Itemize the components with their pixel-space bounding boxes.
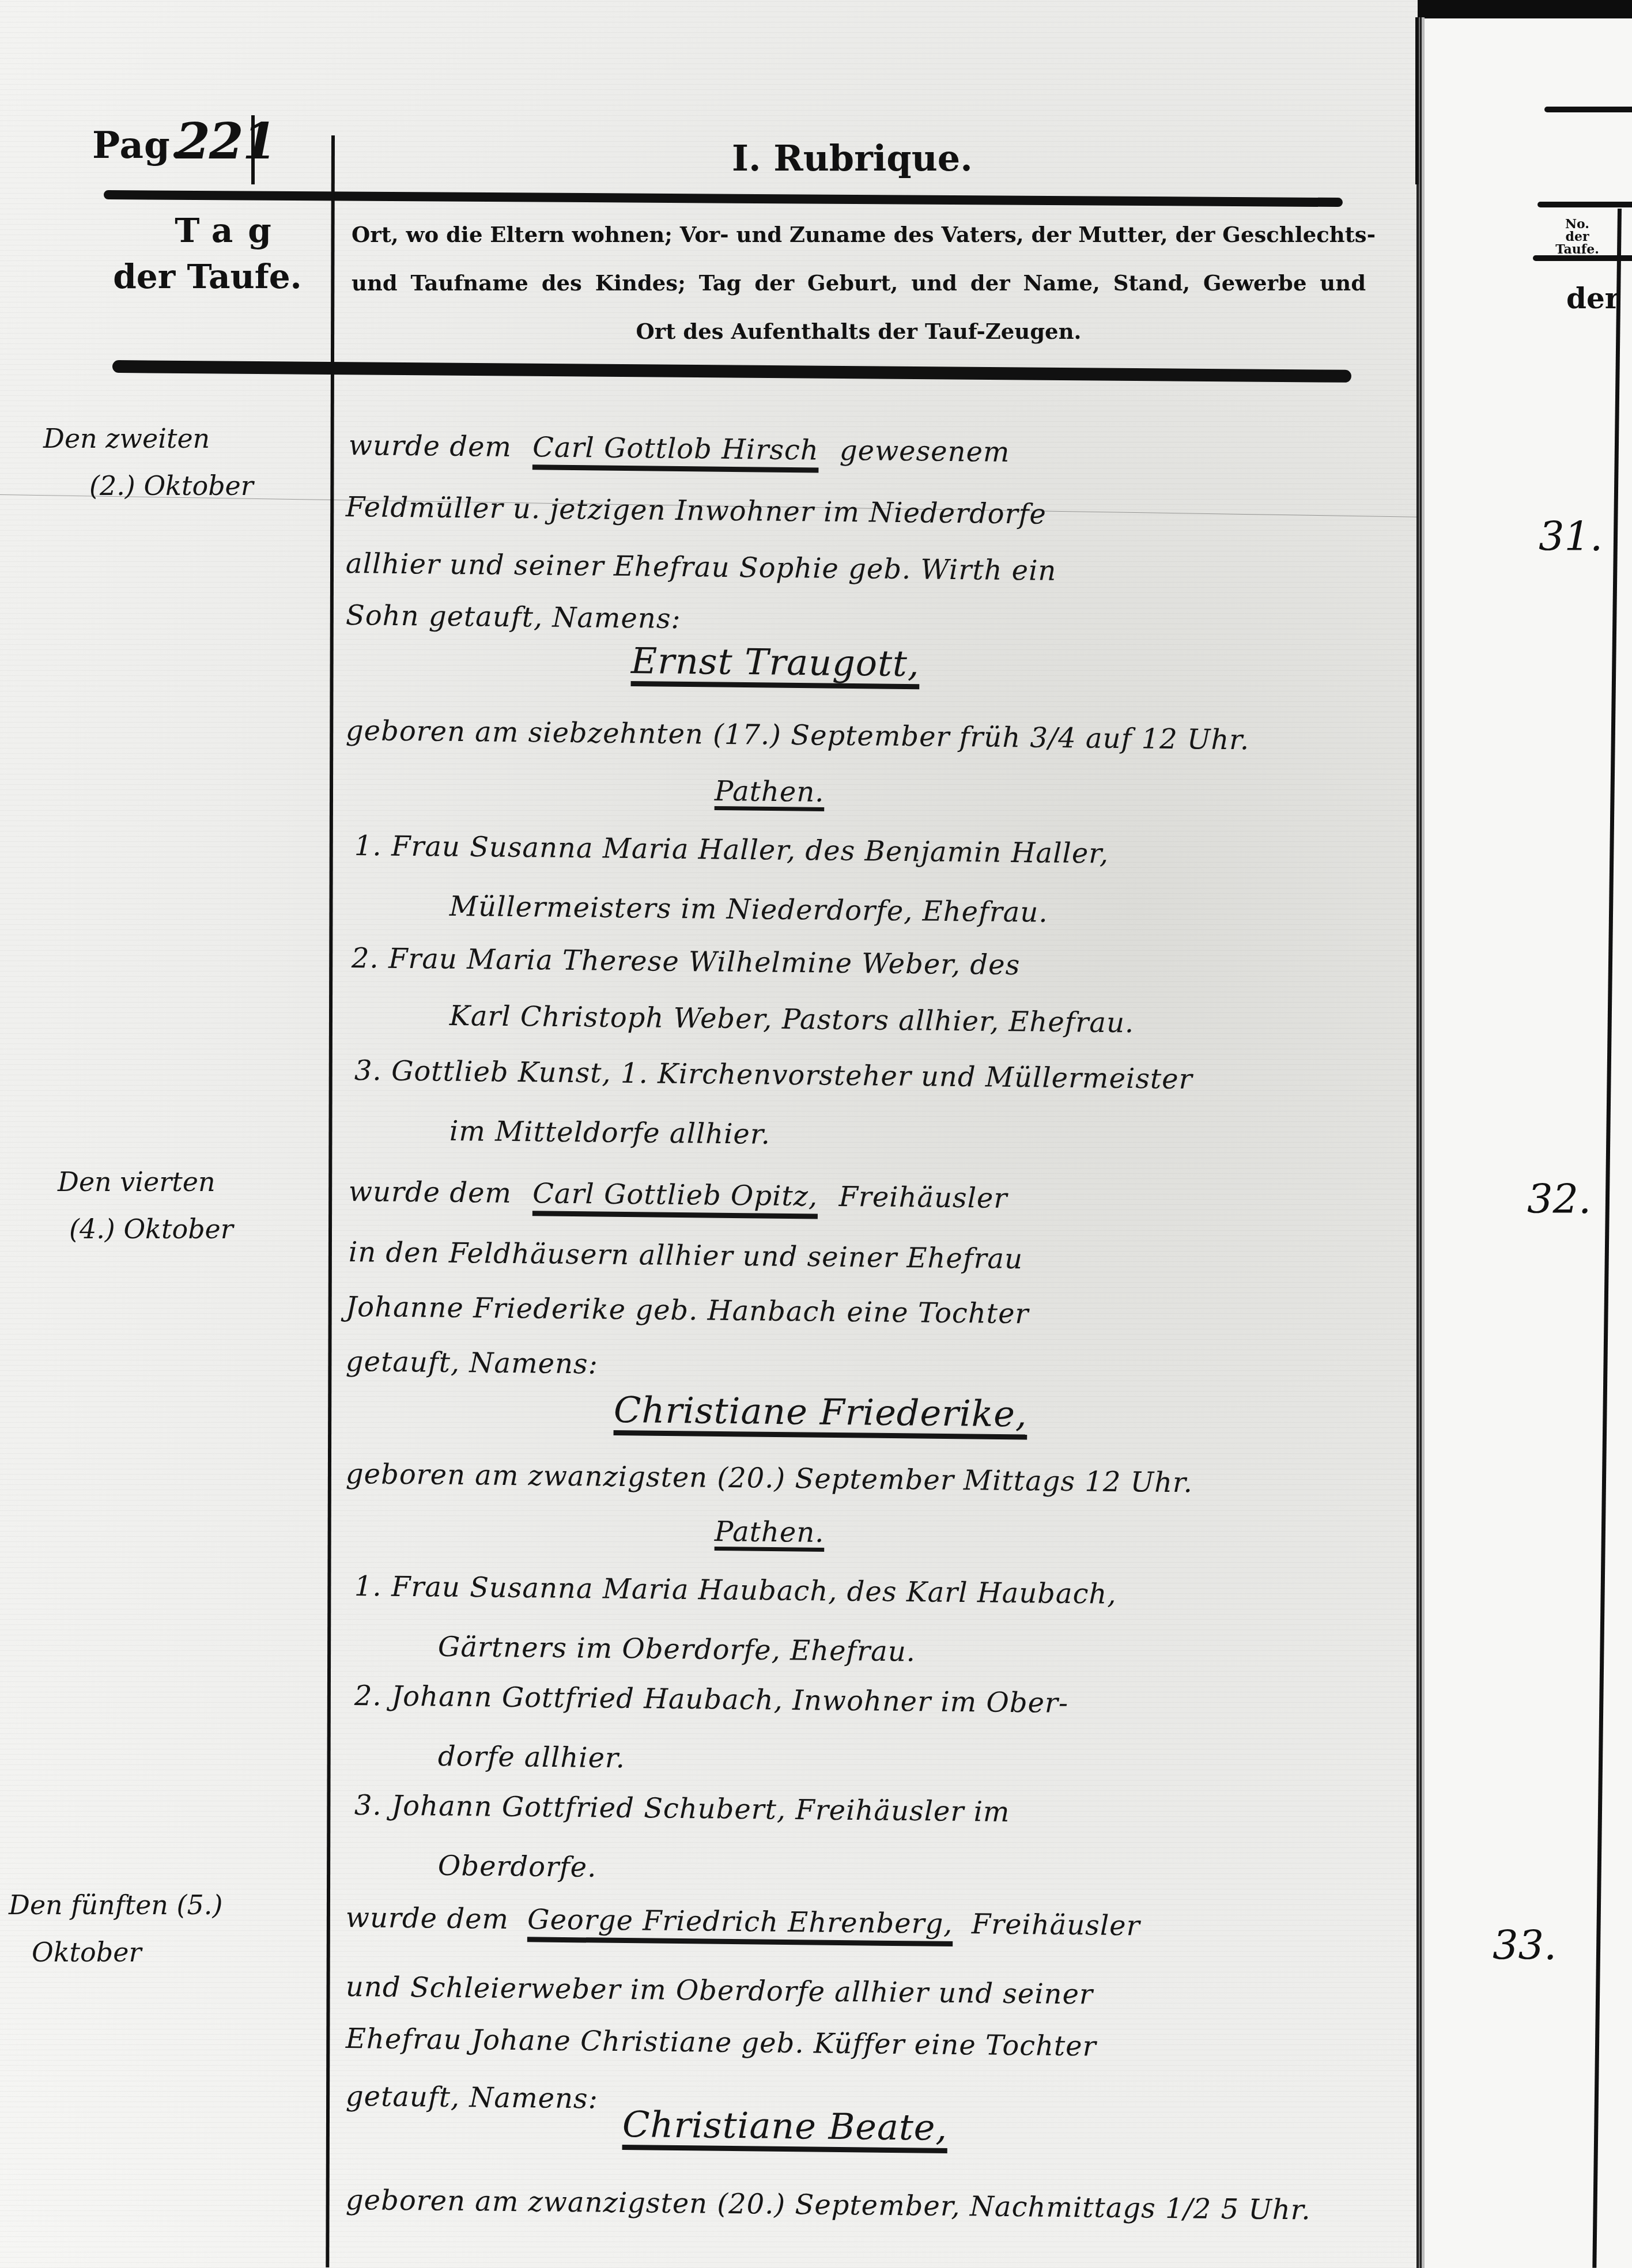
column-header-details-line1: Ort, wo die Eltern wohnen; Vor- und Zuna… <box>352 210 1366 259</box>
column-header-details-line2: und Taufname des Kindes; Tag der Geburt,… <box>352 259 1366 307</box>
baptism-date-line1: Den fünften (5.) <box>9 1881 222 1929</box>
father-name: George Friedrich Ehrenberg, <box>527 1903 953 1940</box>
baptism-date-line1: Den zweiten <box>43 415 254 462</box>
scan-edge-shadow <box>1418 0 1632 18</box>
entry-number: 33. <box>1493 1922 1557 1969</box>
entry-text-line: getauft, Namens: <box>346 2080 598 2115</box>
page-number: 221 <box>176 112 276 171</box>
entry-number: 32. <box>1527 1175 1591 1223</box>
child-name: Ernst Traugott, <box>631 640 920 685</box>
column-header-date-line1: Tag <box>104 207 311 254</box>
column-header-number-line3: Taufe. <box>1546 243 1609 256</box>
baptism-date-line2: (2.) Oktober <box>43 462 254 509</box>
entry-number: 31. <box>1539 513 1603 560</box>
sponsor-line: Müllermeisters im Niederdorfe, Ehefrau. <box>449 890 1048 929</box>
sponsors-label: Pathen. <box>715 775 825 808</box>
right-page-rule-2 <box>1537 202 1632 207</box>
sponsors-label: Pathen. <box>715 1515 825 1549</box>
sponsor-line: 3. Johann Gottfried Schubert, Freihäusle… <box>354 1789 1010 1828</box>
text-fragment: wurde dem <box>346 1902 509 1936</box>
baptism-date-line1: Den vierten <box>58 1158 233 1205</box>
text-fragment: wurde dem <box>349 429 512 463</box>
entry-text-line: wurde dem Carl Gottlieb Opitz, Freihäusl… <box>349 1175 1008 1215</box>
column-header-number: No. der Taufe. <box>1546 218 1609 256</box>
text-fragment: Freihäusler <box>838 1181 1007 1215</box>
sponsor-line: Oberdorfe. <box>438 1850 597 1884</box>
column-header-details: Ort, wo die Eltern wohnen; Vor- und Zuna… <box>352 210 1366 356</box>
baptism-date-line2: (4.) Oktober <box>58 1205 233 1253</box>
text-fragment: Freihäusler <box>972 1908 1140 1942</box>
baptism-date-line2: Oktober <box>9 1929 222 1976</box>
column-header-date: Tag der Taufe. <box>104 207 311 300</box>
sponsor-line: im Mitteldorfe allhier. <box>449 1115 770 1151</box>
right-page-header-fragment: der <box>1566 281 1620 315</box>
column-header-date-line2: der Taufe. <box>104 254 311 300</box>
father-name: Carl Gottlieb Opitz, <box>532 1177 818 1212</box>
baptism-date: Den vierten (4.) Oktober <box>58 1158 233 1253</box>
sponsor-line: Gärtners im Oberdorfe, Ehefrau. <box>438 1631 916 1668</box>
column-header-number-line2: der <box>1546 230 1609 243</box>
child-name: Christiane Beate, <box>622 2103 948 2149</box>
text-fragment: gewesenem <box>840 434 1010 468</box>
text-fragment: wurde dem <box>349 1175 512 1209</box>
column-header-number-line1: No. <box>1546 218 1609 230</box>
section-title: I. Rubrique. <box>732 137 973 179</box>
child-name: Christiane Friederike, <box>614 1389 1027 1435</box>
page-number-bar <box>251 115 255 184</box>
page-label: Pag. <box>92 124 184 167</box>
right-page-rule-1 <box>1544 107 1632 112</box>
column-header-details-line3: Ort des Aufenthalts der Tauf-Zeugen. <box>352 307 1366 356</box>
baptism-date: Den zweiten (2.) Oktober <box>43 415 254 509</box>
book-gutter-top <box>1415 17 1419 184</box>
entry-text-line: getauft, Namens: <box>346 1345 598 1381</box>
father-name: Carl Gottlob Hirsch <box>532 431 819 466</box>
entry-text-line: Sohn getauft, Namens: <box>346 599 681 635</box>
book-gutter <box>1416 17 1425 2268</box>
baptism-date: Den fünften (5.) Oktober <box>9 1881 222 1976</box>
sponsor-line: dorfe allhier. <box>438 1740 625 1774</box>
